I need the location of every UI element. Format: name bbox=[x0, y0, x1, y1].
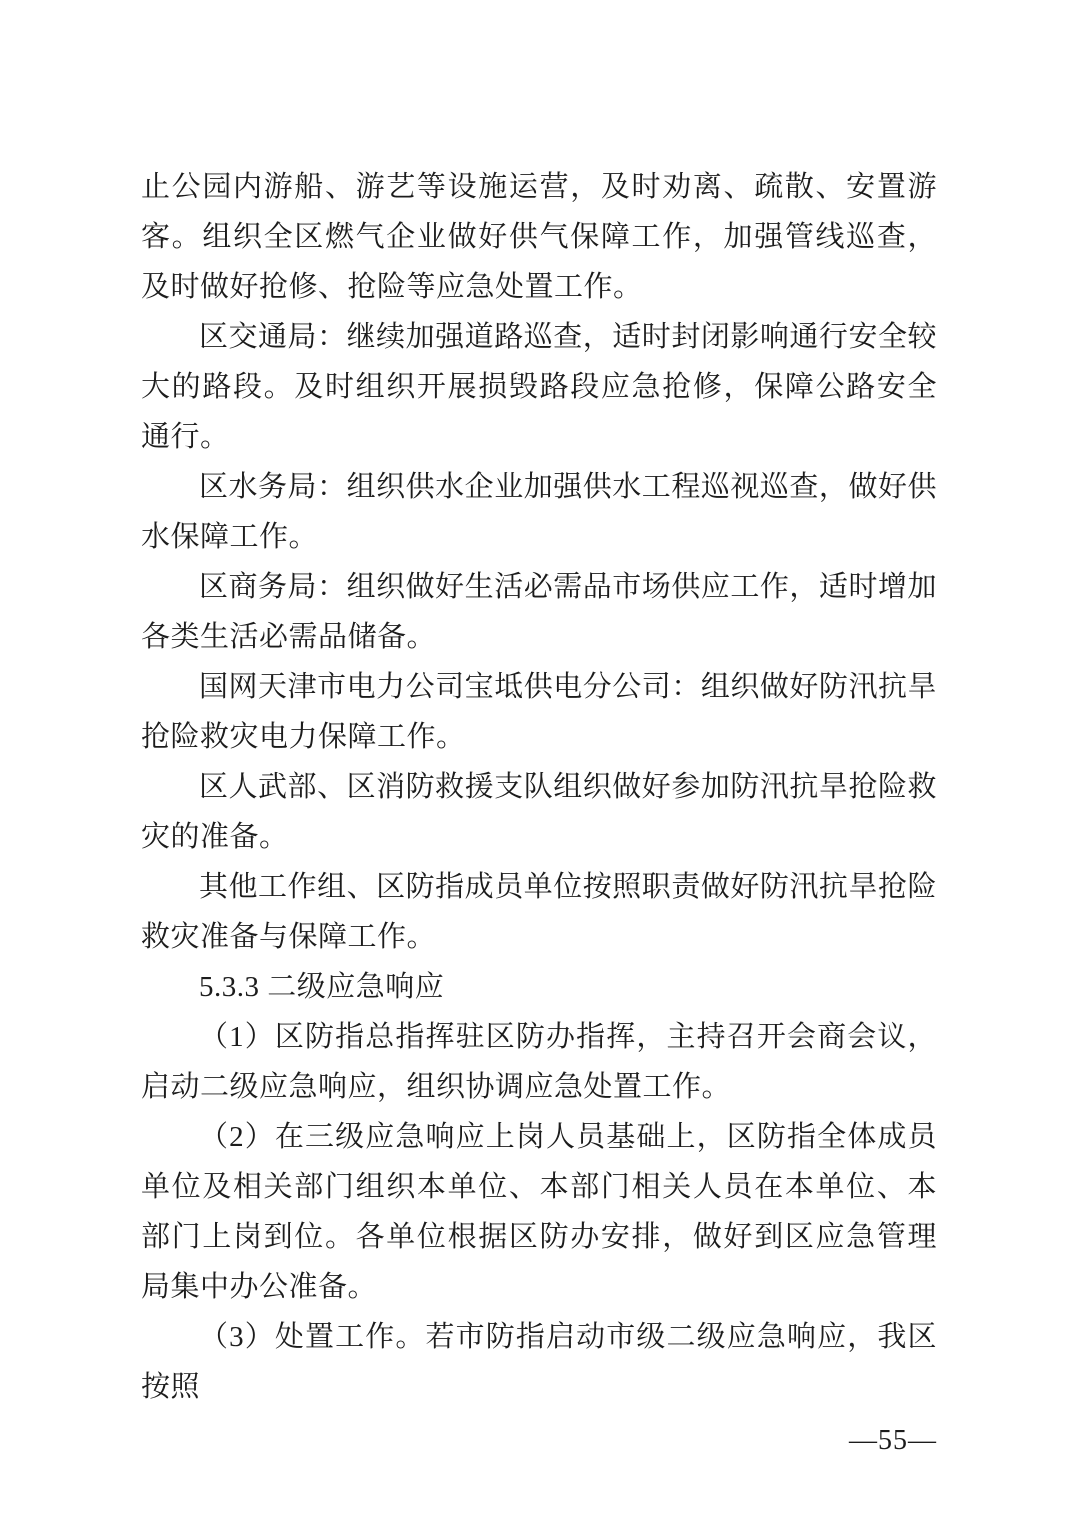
paragraph-item-3: （3）处置工作。若市防指启动市级二级应急响应，我区按照 bbox=[141, 1312, 937, 1412]
section-heading-5-3-3: 5.3.3 二级应急响应 bbox=[141, 962, 937, 1012]
paragraph-militia-fire-rescue: 区人武部、区消防救援支队组织做好参加防汛抗旱抢险救灾的准备。 bbox=[141, 762, 937, 862]
paragraph-continuation: 止公园内游船、游艺等设施运营，及时劝离、疏散、安置游客。组织全区燃气企业做好供气… bbox=[141, 162, 937, 312]
paragraph-item-2: （2）在三级应急响应上岗人员基础上，区防指全体成员单位及相关部门组织本单位、本部… bbox=[141, 1112, 937, 1312]
paragraph-other-workgroups: 其他工作组、区防指成员单位按照职责做好防汛抗旱抢险救灾准备与保障工作。 bbox=[141, 862, 937, 962]
document-body: 止公园内游船、游艺等设施运营，及时劝离、疏散、安置游客。组织全区燃气企业做好供气… bbox=[141, 162, 937, 1412]
paragraph-commerce-bureau: 区商务局：组织做好生活必需品市场供应工作，适时增加各类生活必需品储备。 bbox=[141, 562, 937, 662]
paragraph-water-bureau: 区水务局：组织供水企业加强供水工程巡视巡查，做好供水保障工作。 bbox=[141, 462, 937, 562]
paragraph-power-company: 国网天津市电力公司宝坻供电分公司：组织做好防汛抗旱抢险救灾电力保障工作。 bbox=[141, 662, 937, 762]
paragraph-transport-bureau: 区交通局：继续加强道路巡查，适时封闭影响通行安全较大的路段。及时组织开展损毁路段… bbox=[141, 312, 937, 462]
paragraph-item-1: （1）区防指总指挥驻区防办指挥，主持召开会商会议，启动二级应急响应，组织协调应急… bbox=[141, 1012, 937, 1112]
page-number: —55— bbox=[849, 1424, 937, 1458]
document-page: 止公园内游船、游艺等设施运营，及时劝离、疏散、安置游客。组织全区燃气企业做好供气… bbox=[0, 0, 1074, 1520]
